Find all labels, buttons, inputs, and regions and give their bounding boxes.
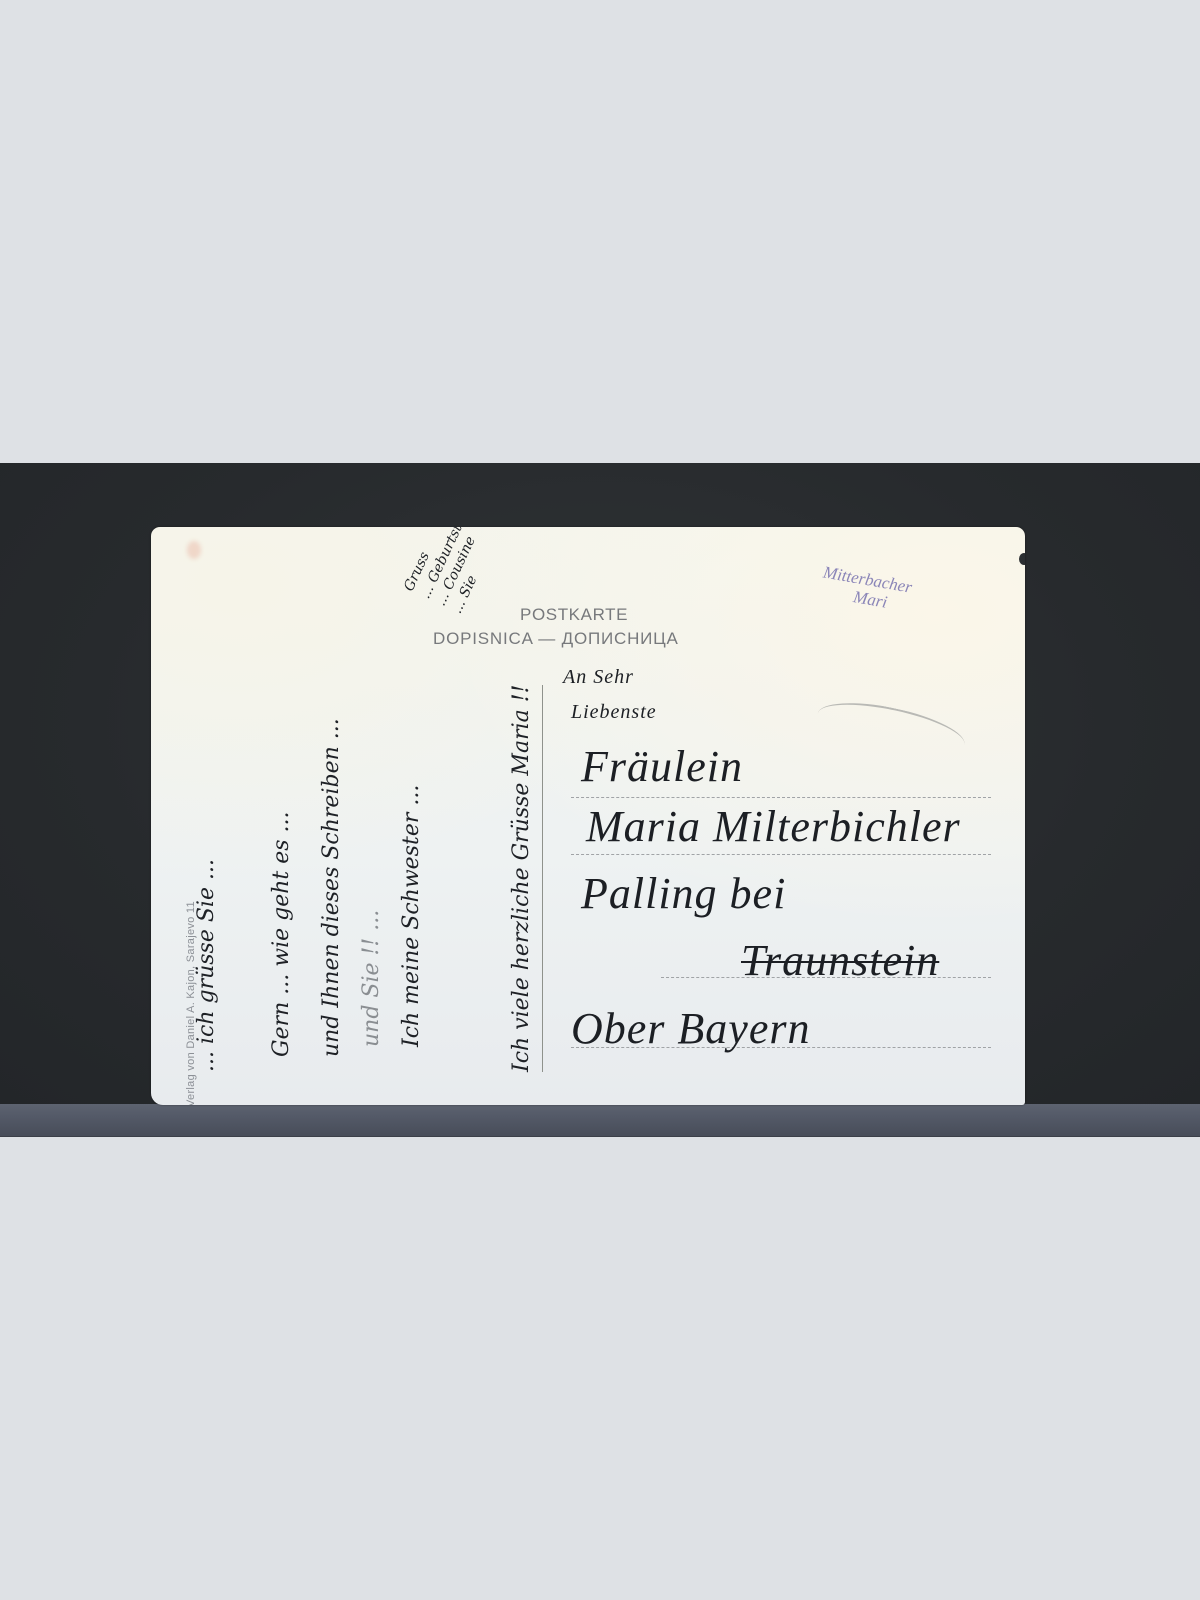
diagonal-note: Gruss ... Geburtstage ... Cousine ... Si…: [401, 527, 509, 617]
message-column-6: ... ich grüsse Sie ...: [196, 859, 218, 1072]
pencil-note: Mitterbacher Mari: [818, 563, 913, 615]
message-column-3: und Sie !! ...: [361, 910, 383, 1047]
faded-postmark: [813, 693, 968, 765]
address-line-6-struck: Traunstein: [741, 939, 939, 983]
address-line-3: Fräulein: [581, 745, 743, 789]
address-rule-1: [571, 797, 991, 798]
display-ledge: [0, 1104, 1200, 1137]
message-column-1: Ich viele herzliche Grüsse Maria !!: [511, 685, 533, 1072]
address-line-5: Palling bei: [581, 872, 786, 916]
foxing-stain: [187, 541, 201, 559]
address-line-7: Ober Bayern: [571, 1007, 811, 1051]
postcard-title: POSTKARTE: [520, 606, 628, 623]
center-divider-line: [542, 685, 543, 1072]
message-column-5: Gern ... wie geht es ...: [271, 811, 293, 1057]
postcard-subtitle: DOPISNICA — ДОПИСНИЦА: [433, 630, 679, 647]
address-line-4: Maria Milterbichler: [586, 805, 961, 849]
card-edge-notch: [1019, 553, 1025, 565]
message-column-4: und Ihnen dieses Schreiben ...: [321, 718, 343, 1057]
address-line-1: An Sehr: [563, 667, 634, 687]
address-line-2: Liebenste: [571, 702, 657, 722]
message-column-2: Ich meine Schwester ...: [401, 785, 423, 1047]
address-rule-2: [571, 854, 991, 855]
postcard: POSTKARTE DOPISNICA — ДОПИСНИЦА Verlag v…: [151, 527, 1025, 1105]
